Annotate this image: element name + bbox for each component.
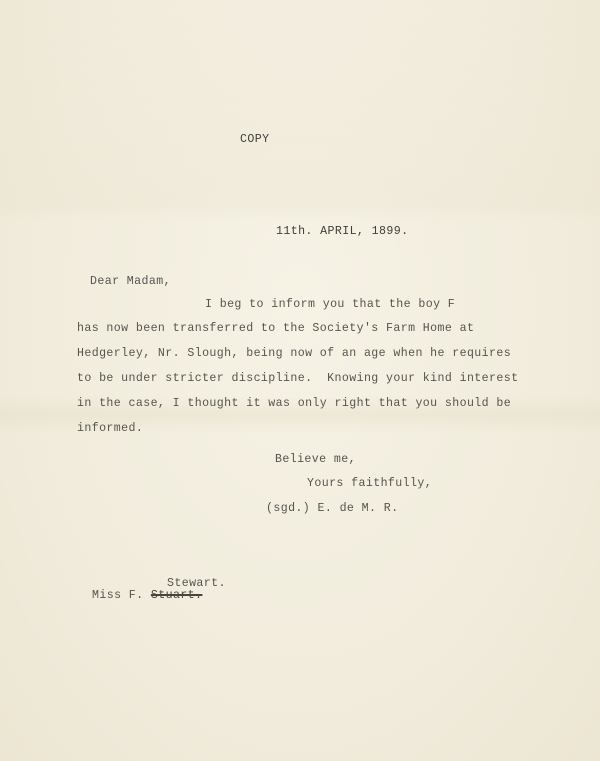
salutation: Dear Madam, xyxy=(90,275,171,289)
letter-date: 11th. APRIL, 1899. xyxy=(276,225,408,239)
addressee: Miss F. Stuart. xyxy=(92,589,202,603)
body-line-6: informed. xyxy=(77,422,143,436)
addressee-prefix: Miss F. xyxy=(92,589,144,602)
body-line-2: has now been transferred to the Society'… xyxy=(77,322,474,336)
signature: (sgd.) E. de M. R. xyxy=(266,502,398,516)
body-line-4: to be under stricter discipline. Knowing… xyxy=(77,372,518,386)
letter-page: COPY 11th. APRIL, 1899. Dear Madam, I be… xyxy=(0,0,600,761)
body-line-3: Hedgerley, Nr. Slough, being now of an a… xyxy=(77,347,511,361)
addressee-struck-name: Stuart. xyxy=(151,589,203,602)
document-heading: COPY xyxy=(240,133,269,147)
closing-line-1: Believe me, xyxy=(275,453,356,467)
body-line-5: in the case, I thought it was only right… xyxy=(77,397,511,411)
closing-line-2: Yours faithfully, xyxy=(307,477,432,491)
body-line-1: I beg to inform you that the boy F xyxy=(205,298,455,312)
